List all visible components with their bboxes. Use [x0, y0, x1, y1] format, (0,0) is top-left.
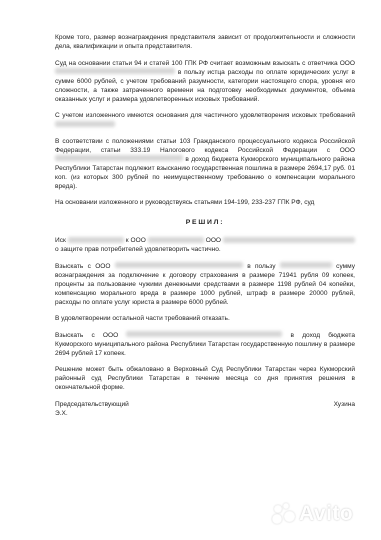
signature-surname: Хузина: [334, 400, 355, 418]
signature-initials: Э.Х.: [55, 409, 129, 418]
paragraph-text: Взыскать с ООО: [55, 332, 118, 339]
avito-logo-icon: [272, 503, 296, 525]
paragraph-legal-costs: Суд на основании статьи 94 и статей 100 …: [55, 59, 355, 104]
paragraph-text: к ООО: [126, 237, 146, 244]
signature-role: Председательствующий: [55, 400, 129, 409]
redacted-defendant-name: [115, 262, 243, 268]
redacted-bank-name: [148, 237, 204, 243]
redacted-insurer-name: [223, 237, 355, 243]
paragraph-rest-denied: В удовлетворении остальной части требова…: [55, 314, 355, 323]
paragraph-state-duty: В соответствии с положениями статьи 103 …: [55, 137, 355, 191]
paragraph-partial-satisfaction: С учетом изложенного имеются основания д…: [55, 111, 355, 129]
presiding-judge: Председательствующий Э.Х.: [55, 400, 129, 418]
paragraph-text: Суд на основании статьи 94 и статей 100 …: [55, 60, 355, 67]
paragraph-recovery: Взыскать с ООО в пользу сумму вознагражд…: [55, 262, 355, 307]
paragraph-state-duty-recovery: Взыскать с ООО в доход бюджета Кукморско…: [55, 331, 355, 358]
paragraph-text: В соответствии с положениями статьи 103 …: [55, 138, 355, 154]
redacted-plaintiff-name: [280, 262, 332, 268]
avito-watermark: Avito: [272, 500, 372, 528]
paragraph-representative-fee: Кроме того, размер вознаграждения предст…: [55, 33, 355, 51]
court-decision-page: Кроме того, размер вознаграждения предст…: [55, 33, 355, 418]
paragraph-text: Иск: [55, 237, 66, 244]
paragraph-text: о защите прав потребителей удовлетворить…: [55, 246, 221, 253]
avito-watermark-text: Avito: [299, 502, 353, 526]
paragraph-text: На основании изложенного и руководствуяс…: [55, 199, 314, 206]
redacted-plaintiff-name: [55, 121, 115, 127]
redacted-defendant-name: [126, 331, 282, 337]
decision-heading: РЕШИЛ:: [55, 218, 355, 227]
redacted-plaintiff-name: [68, 237, 124, 243]
paragraph-appeal: Решение может быть обжаловано в Верховны…: [55, 365, 355, 392]
paragraph-text: в пользу: [247, 263, 275, 270]
paragraph-text: Решение может быть обжаловано в Верховны…: [55, 366, 355, 391]
paragraph-text: Взыскать с ООО: [55, 263, 111, 270]
paragraph-text: ООО: [206, 237, 221, 244]
paragraph-text: Кроме того, размер вознаграждения предст…: [55, 34, 355, 50]
signature-block: Председательствующий Э.Х. Хузина: [55, 400, 355, 418]
redacted-defendant-name: [55, 68, 175, 74]
paragraph-text: В удовлетворении остальной части требова…: [55, 315, 230, 322]
paragraph-claim-granted: Иск к ООО ООО о защите прав потребителей…: [55, 236, 355, 254]
paragraph-legal-basis: На основании изложенного и руководствуяс…: [55, 198, 355, 207]
redacted-defendant-name: [55, 155, 183, 161]
paragraph-text: С учетом изложенного имеются основания д…: [55, 112, 355, 119]
